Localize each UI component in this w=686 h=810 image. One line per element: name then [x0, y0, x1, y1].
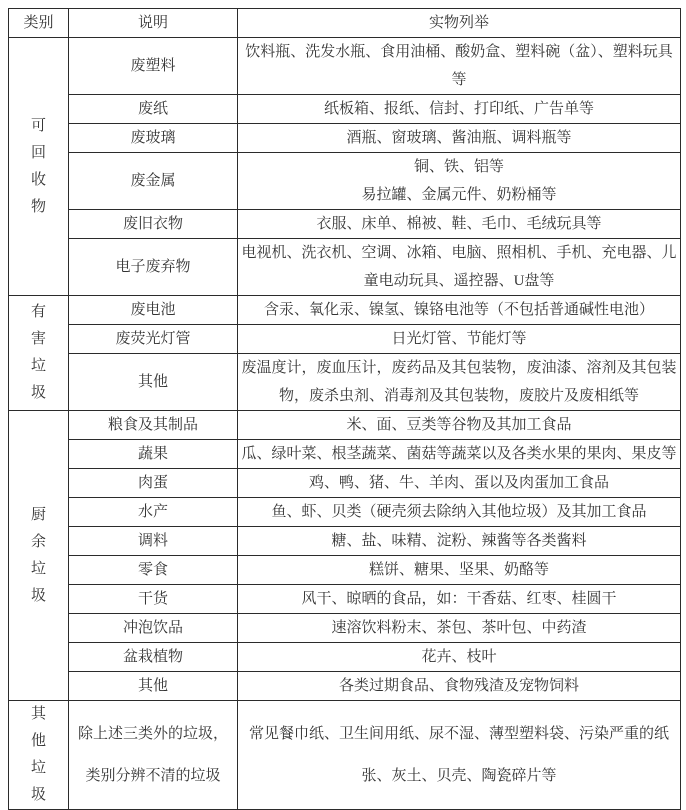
- column-header-examples: 实物列举: [238, 9, 681, 38]
- examples-cell: 含汞、氧化汞、镍氢、镍铬电池等（不包括普通碱性电池）: [238, 296, 681, 325]
- table-row: 冲泡饮品 速溶饮料粉末、茶包、茶叶包、中药渣: [9, 614, 681, 643]
- examples-cell: 鸡、鸭、猪、牛、羊肉、蛋以及肉蛋加工食品: [238, 469, 681, 498]
- table-row: 厨 余 垃 圾 粮食及其制品 米、面、豆类等谷物及其加工食品: [9, 411, 681, 440]
- examples-cell: 常见餐巾纸、卫生间用纸、尿不湿、薄型塑料袋、污染严重的纸 张、灰土、贝壳、陶瓷碎…: [238, 701, 681, 810]
- desc-cell: 盆栽植物: [69, 643, 238, 672]
- desc-cell: 零食: [69, 556, 238, 585]
- desc-cell: 废金属: [69, 153, 238, 210]
- table-row: 零食 糕饼、糖果、坚果、奶酪等: [9, 556, 681, 585]
- desc-cell: 蔬果: [69, 440, 238, 469]
- desc-cell: 调料: [69, 527, 238, 556]
- examples-cell: 速溶饮料粉末、茶包、茶叶包、中药渣: [238, 614, 681, 643]
- desc-cell: 其他: [69, 354, 238, 411]
- column-header-description: 说明: [69, 9, 238, 38]
- category-cell-other: 其 他 垃 圾: [9, 701, 69, 810]
- desc-cell: 废荧光灯管: [69, 325, 238, 354]
- desc-cell: 除上述三类外的垃圾， 类别分辨不清的垃圾: [69, 701, 238, 810]
- table-row: 废荧光灯管 日光灯管、节能灯等: [9, 325, 681, 354]
- examples-cell: 风干、晾晒的食品，如：干香菇、红枣、桂圆干: [238, 585, 681, 614]
- desc-cell: 粮食及其制品: [69, 411, 238, 440]
- table-row: 废金属 铜、铁、铝等 易拉罐、金属元件、奶粉桶等: [9, 153, 681, 210]
- desc-cell: 废旧衣物: [69, 210, 238, 239]
- examples-cell: 糕饼、糖果、坚果、奶酪等: [238, 556, 681, 585]
- table-row: 水产 鱼、虾、贝类（硬壳须去除纳入其他垃圾）及其加工食品: [9, 498, 681, 527]
- desc-cell: 废电池: [69, 296, 238, 325]
- examples-cell: 米、面、豆类等谷物及其加工食品: [238, 411, 681, 440]
- desc-cell: 废玻璃: [69, 124, 238, 153]
- table-row: 其他 各类过期食品、食物残渣及宠物饲料: [9, 672, 681, 701]
- examples-cell: 糖、盐、味精、淀粉、辣酱等各类酱料: [238, 527, 681, 556]
- table-row: 废纸 纸板箱、报纸、信封、打印纸、广告单等: [9, 95, 681, 124]
- examples-cell: 鱼、虾、贝类（硬壳须去除纳入其他垃圾）及其加工食品: [238, 498, 681, 527]
- examples-cell: 各类过期食品、食物残渣及宠物饲料: [238, 672, 681, 701]
- examples-cell: 废温度计，废血压计，废药品及其包装物，废油漆、溶剂及其包装 物，废杀虫剂、消毒剂…: [238, 354, 681, 411]
- waste-classification-table: 类别 说明 实物列举 可 回 收 物 废塑料 饮料瓶、洗发水瓶、食用油桶、酸奶盒…: [8, 8, 681, 810]
- examples-cell: 纸板箱、报纸、信封、打印纸、广告单等: [238, 95, 681, 124]
- examples-cell: 瓜、绿叶菜、根茎蔬菜、菌菇等蔬菜以及各类水果的果肉、果皮等: [238, 440, 681, 469]
- table-row: 肉蛋 鸡、鸭、猪、牛、羊肉、蛋以及肉蛋加工食品: [9, 469, 681, 498]
- desc-cell: 干货: [69, 585, 238, 614]
- examples-cell: 酒瓶、窗玻璃、酱油瓶、调料瓶等: [238, 124, 681, 153]
- table-row: 蔬果 瓜、绿叶菜、根茎蔬菜、菌菇等蔬菜以及各类水果的果肉、果皮等: [9, 440, 681, 469]
- examples-cell: 电视机、洗衣机、空调、冰箱、电脑、照相机、手机、充电器、儿 童电动玩具、遥控器、…: [238, 239, 681, 296]
- examples-cell: 铜、铁、铝等 易拉罐、金属元件、奶粉桶等: [238, 153, 681, 210]
- desc-cell: 冲泡饮品: [69, 614, 238, 643]
- table-row: 废旧衣物 衣服、床单、棉被、鞋、毛巾、毛绒玩具等: [9, 210, 681, 239]
- table-header-row: 类别 说明 实物列举: [9, 9, 681, 38]
- column-header-category: 类别: [9, 9, 69, 38]
- desc-cell: 其他: [69, 672, 238, 701]
- category-cell-recyclable: 可 回 收 物: [9, 38, 69, 296]
- desc-cell: 废塑料: [69, 38, 238, 95]
- table-row: 电子废弃物 电视机、洗衣机、空调、冰箱、电脑、照相机、手机、充电器、儿 童电动玩…: [9, 239, 681, 296]
- table-row: 其他 废温度计，废血压计，废药品及其包装物，废油漆、溶剂及其包装 物，废杀虫剂、…: [9, 354, 681, 411]
- category-cell-kitchen: 厨 余 垃 圾: [9, 411, 69, 701]
- examples-cell: 衣服、床单、棉被、鞋、毛巾、毛绒玩具等: [238, 210, 681, 239]
- desc-cell: 肉蛋: [69, 469, 238, 498]
- table-row: 其 他 垃 圾 除上述三类外的垃圾， 类别分辨不清的垃圾 常见餐巾纸、卫生间用纸…: [9, 701, 681, 810]
- desc-cell: 电子废弃物: [69, 239, 238, 296]
- examples-cell: 日光灯管、节能灯等: [238, 325, 681, 354]
- examples-cell: 饮料瓶、洗发水瓶、食用油桶、酸奶盒、塑料碗（盆）、塑料玩具 等: [238, 38, 681, 95]
- desc-cell: 废纸: [69, 95, 238, 124]
- category-cell-hazardous: 有 害 垃 圾: [9, 296, 69, 411]
- table-row: 干货 风干、晾晒的食品，如：干香菇、红枣、桂圆干: [9, 585, 681, 614]
- table-row: 可 回 收 物 废塑料 饮料瓶、洗发水瓶、食用油桶、酸奶盒、塑料碗（盆）、塑料玩…: [9, 38, 681, 95]
- page: 类别 说明 实物列举 可 回 收 物 废塑料 饮料瓶、洗发水瓶、食用油桶、酸奶盒…: [0, 0, 686, 788]
- table-row: 调料 糖、盐、味精、淀粉、辣酱等各类酱料: [9, 527, 681, 556]
- table-row: 有 害 垃 圾 废电池 含汞、氧化汞、镍氢、镍铬电池等（不包括普通碱性电池）: [9, 296, 681, 325]
- desc-cell: 水产: [69, 498, 238, 527]
- examples-cell: 花卉、枝叶: [238, 643, 681, 672]
- table-row: 废玻璃 酒瓶、窗玻璃、酱油瓶、调料瓶等: [9, 124, 681, 153]
- table-row: 盆栽植物 花卉、枝叶: [9, 643, 681, 672]
